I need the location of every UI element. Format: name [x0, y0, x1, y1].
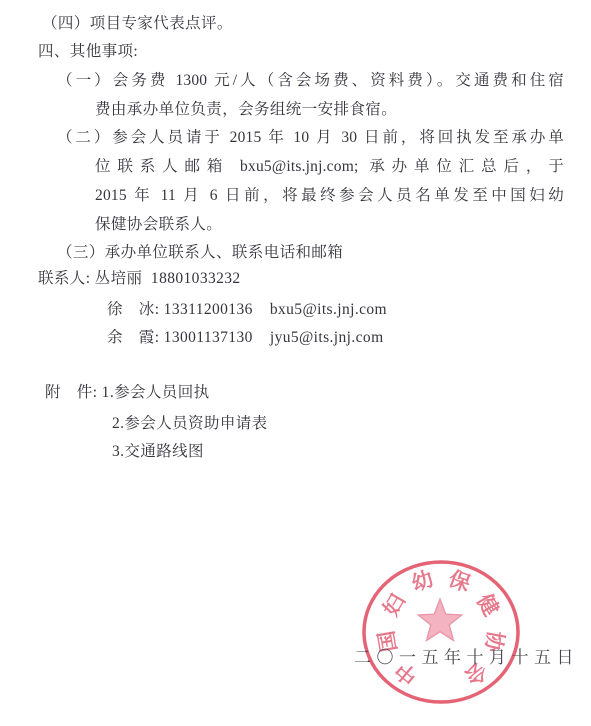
issue-date: 二〇一五年十月十五日: [354, 643, 579, 668]
doc-line-attachment-3: 3.交通路线图: [112, 442, 204, 461]
doc-line-reply-3: 2015 年 11 月 6 日前，将最终参会人员名单发至中国妇幼: [95, 186, 564, 205]
official-seal-stamp: 中国妇幼保健协会: [356, 552, 526, 712]
doc-line-attachment-2: 2.参会人员资助申请表: [112, 414, 268, 433]
doc-line-contact-heading: （三）承办单位联系人、联系电话和邮箱: [57, 243, 343, 262]
seal-char: 保: [445, 566, 473, 596]
doc-line-contact-2: 徐 冰: 13311200136 bxu5@its.jnj.com: [107, 300, 387, 319]
doc-line-fee-1: （一）会务费 1300 元/人（含会场费、资料费）。交通费和住宿: [57, 71, 564, 90]
seal-char: 幼: [409, 566, 437, 596]
doc-line-reply-2: 位联系人邮箱 bxu5@its.jnj.com; 承办单位汇总后，于: [95, 157, 564, 176]
document-page: （四）项目专家代表点评。 四、其他事项: （一）会务费 1300 元/人（含会场…: [0, 0, 591, 726]
doc-line-fee-2: 费由承办单位负责，会务组统一安排食宿。: [95, 100, 397, 119]
doc-line-section-four-title: 四、其他事项:: [38, 42, 138, 61]
doc-line-contact-1: 联系人: 丛培丽 18801033232: [38, 269, 241, 288]
doc-line-attachment-1: 附 件: 1.参会人员回执: [45, 383, 210, 402]
doc-line-contact-3: 余 霞: 13001137130 jyu5@its.jnj.com: [107, 328, 384, 347]
doc-line-reply-4: 保健协会联系人。: [95, 215, 222, 234]
seal-char: 妇: [379, 590, 410, 620]
doc-line-reply-1: （二）参会人员请于 2015 年 10 月 30 日前，将回执发至承办单: [57, 128, 564, 147]
seal-char: 健: [472, 589, 504, 620]
star-icon: [418, 599, 461, 640]
doc-line-expert-review: （四）项目专家代表点评。: [42, 14, 233, 33]
